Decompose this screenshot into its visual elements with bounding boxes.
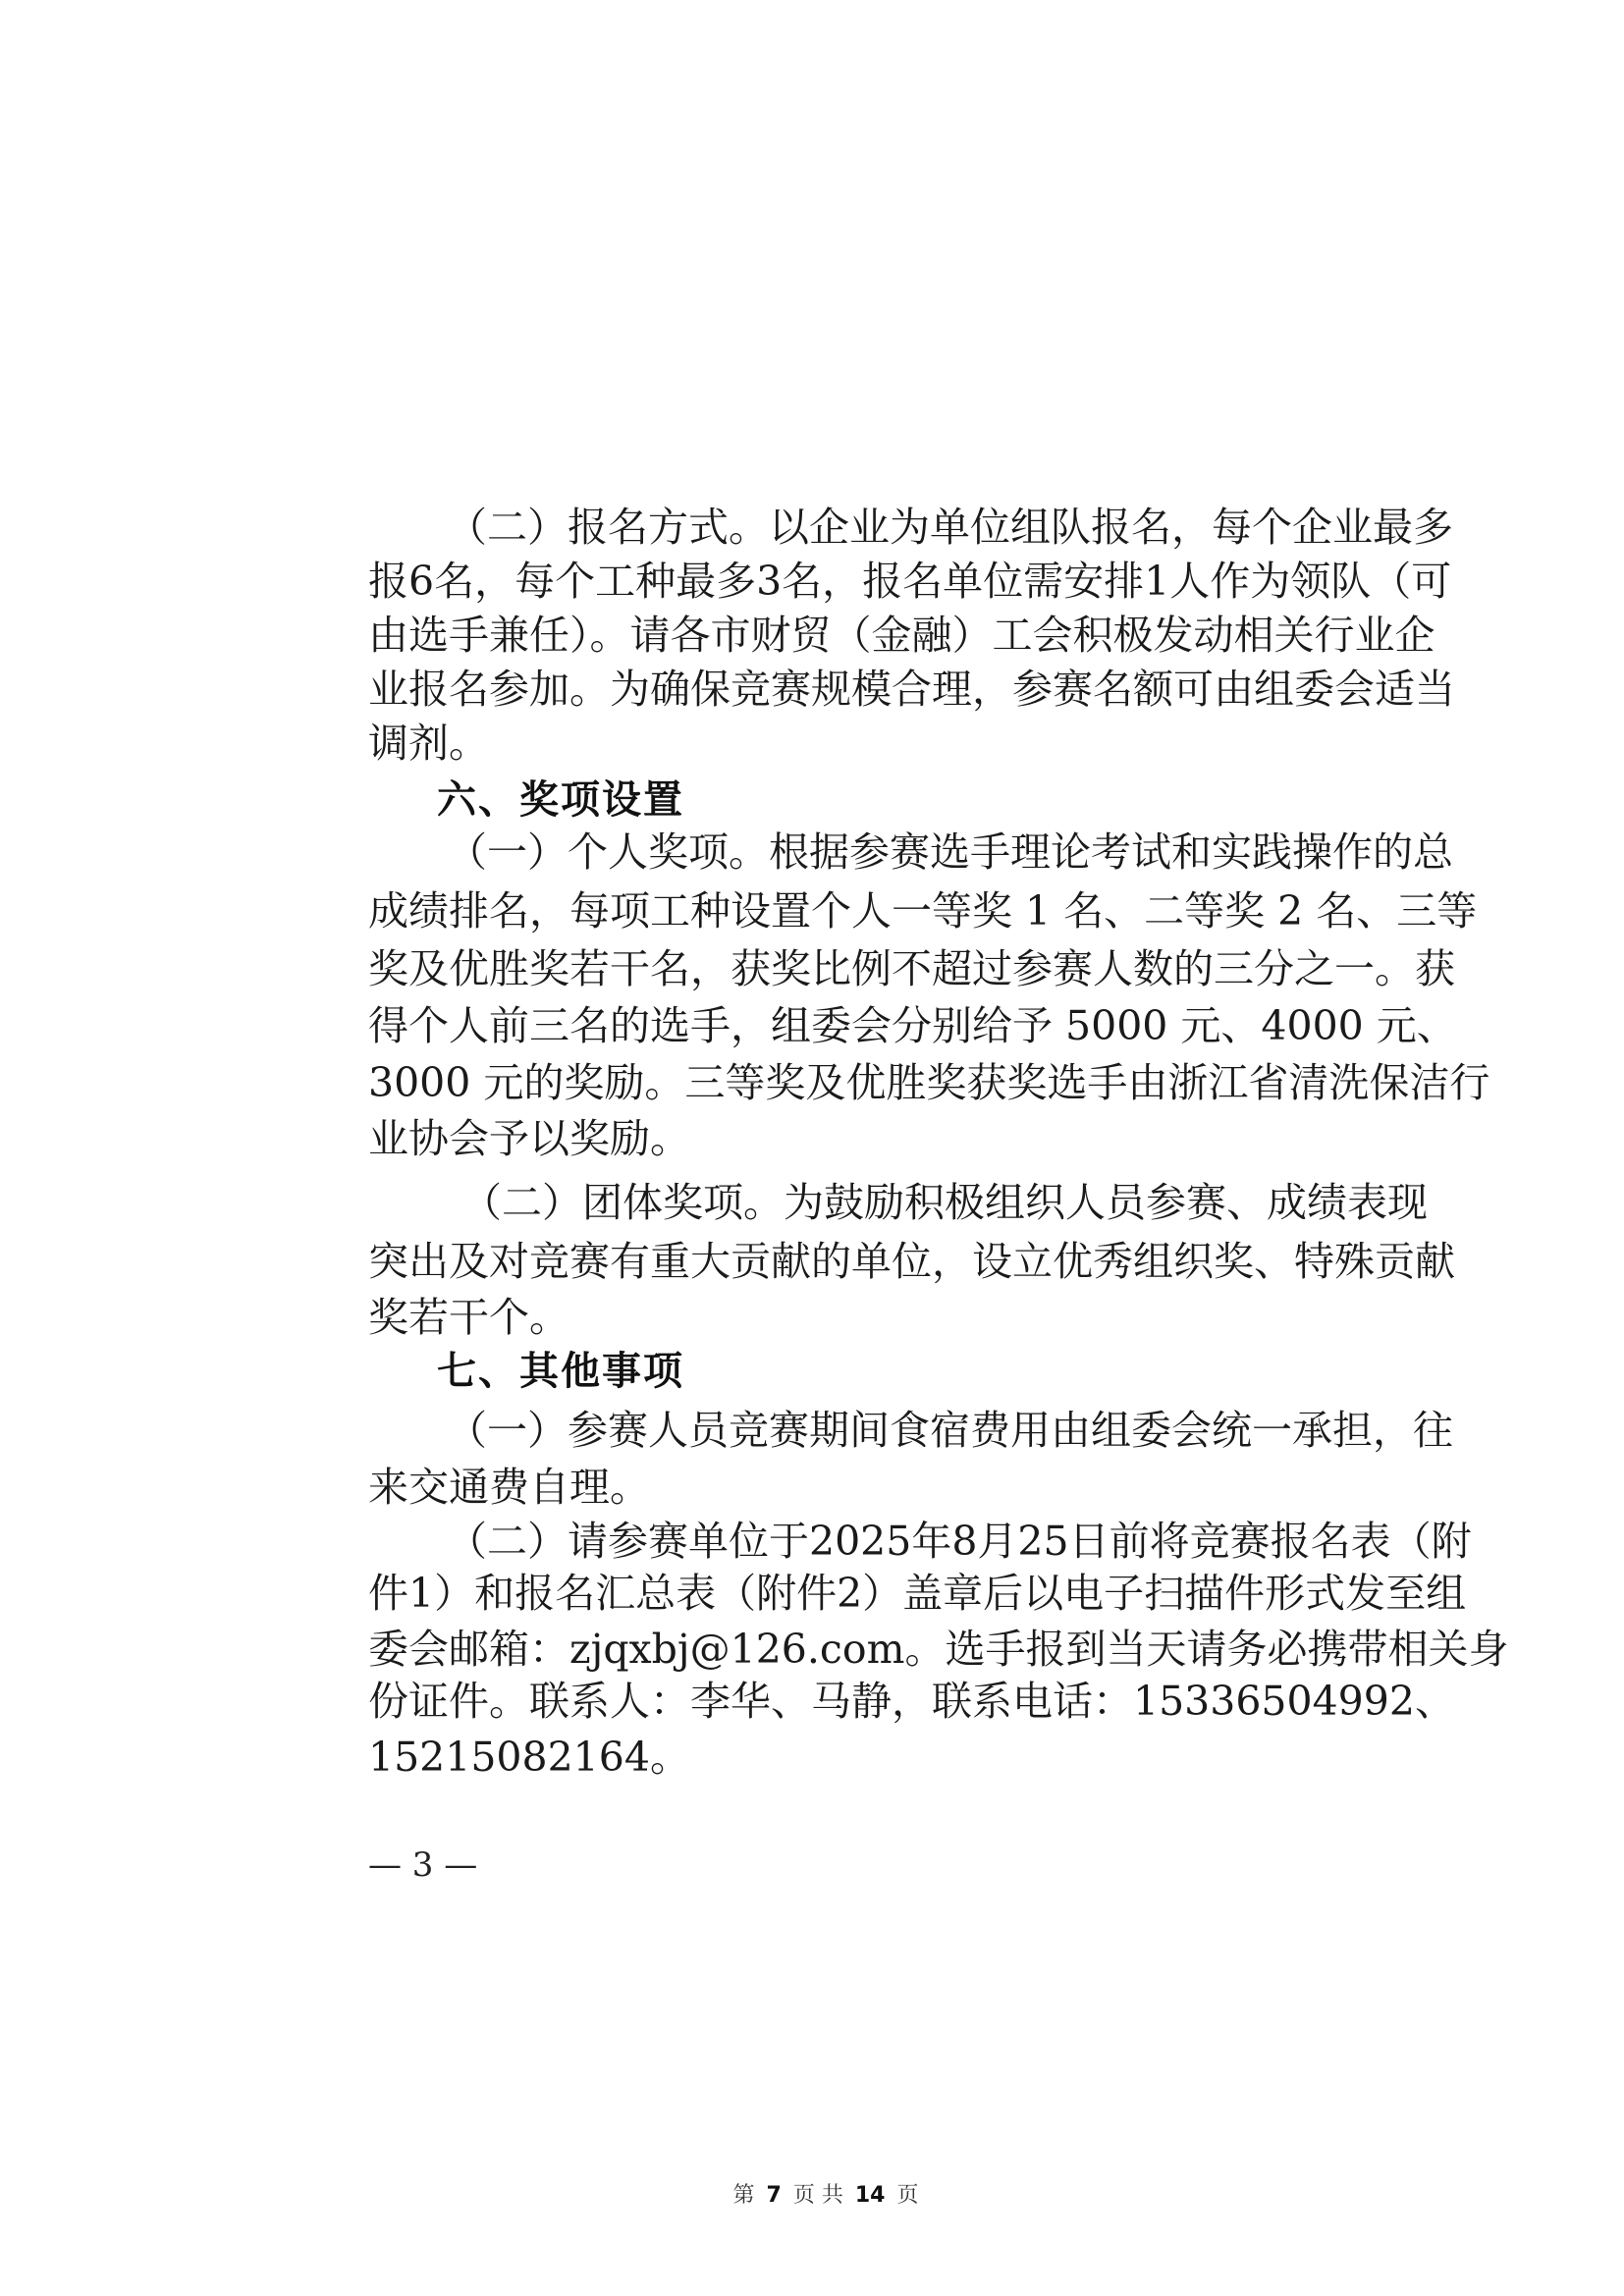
text-line: 3000 元的奖励。三等奖及优胜奖获奖选手由浙江省清洗保洁行: [368, 1055, 1242, 1110]
text-line: 件1）和报名汇总表（附件2）盖章后以电子扫描件形式发至组: [368, 1566, 1242, 1621]
current-page-number: 7: [767, 2183, 782, 2208]
total-page-count: 14: [855, 2183, 886, 2208]
text-line: （一）个人奖项。根据参赛选手理论考试和实践操作的总: [447, 825, 1242, 880]
text-line: 奖及优胜奖若干名，获奖比例不超过参赛人数的三分之一。获: [368, 941, 1242, 996]
inner-page-number: — 3 —: [368, 1842, 477, 1889]
text-line: 由选手兼任）。请各市财贸（金融）工会积极发动相关行业企: [368, 608, 1242, 663]
text-line: 委会邮箱：zjqxbj@126.com。选手报到当天请务必携带相关身: [368, 1622, 1242, 1677]
footer-middle: 页 共: [793, 2183, 843, 2208]
text-line: （一）参赛人员竞赛期间食宿费用由组委会统一承担，往: [447, 1403, 1242, 1458]
text-line: 来交通费自理。: [368, 1460, 1242, 1515]
section-heading-other-matters: 七、其他事项: [437, 1344, 684, 1399]
text-line: 突出及对竞赛有重大贡献的单位，设立优秀组织奖、特殊贡献: [368, 1234, 1242, 1289]
text-line: 奖若干个。: [368, 1290, 1242, 1345]
text-line: 业协会予以奖励。: [368, 1111, 1242, 1166]
section-heading-awards: 六、奖项设置: [437, 773, 684, 828]
text-line: 份证件。联系人：李华、马静，联系电话：15336504992、: [368, 1674, 1242, 1729]
text-line: 15215082164。: [368, 1730, 1242, 1785]
footer-prefix: 第: [733, 2183, 755, 2208]
text-line: 报6名，每个工种最多3名，报名单位需安排1人作为领队（可: [368, 554, 1242, 609]
text-line: 成绩排名，每项工种设置个人一等奖 1 名、二等奖 2 名、三等: [368, 883, 1242, 938]
text-line: （二）报名方式。以企业为单位组队报名，每个企业最多: [447, 500, 1242, 555]
text-line: 得个人前三名的选手，组委会分别给予 5000 元、4000 元、: [368, 998, 1242, 1053]
text-line: （二）请参赛单位于2025年8月25日前将竞赛报名表（附: [447, 1514, 1242, 1569]
document-page: （二）报名方式。以企业为单位组队报名，每个企业最多 报6名，每个工种最多3名，报…: [0, 0, 1624, 2296]
text-line: 业报名参加。为确保竞赛规模合理，参赛名额可由组委会适当: [368, 662, 1242, 717]
text-line: （二）团体奖项。为鼓励积极组织人员参赛、成绩表现: [461, 1175, 1242, 1230]
text-line: 调剂。: [368, 716, 1242, 771]
footer-suffix: 页: [896, 2183, 918, 2208]
page-footer: 第7页 共14页: [0, 2149, 1624, 2180]
